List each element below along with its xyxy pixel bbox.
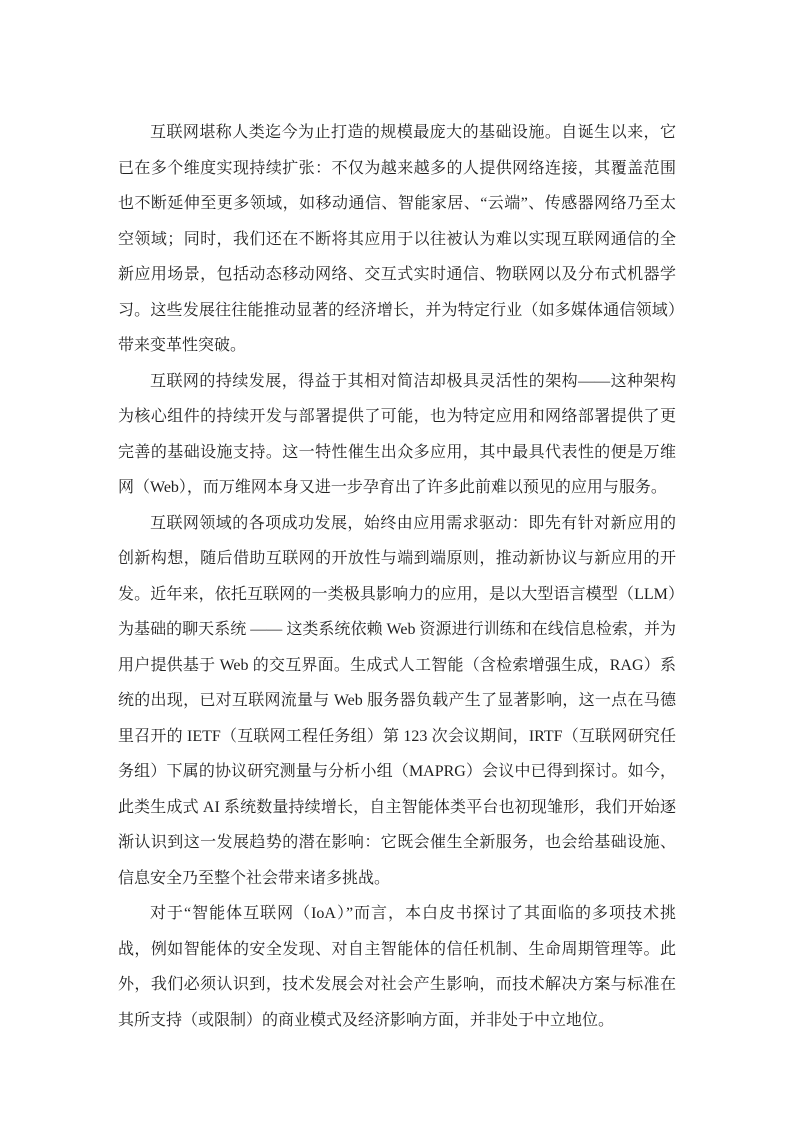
paragraph: 互联网领域的各项成功发展，始终由应用需求驱动：即先有针对新应用的创新构想，随后借… [118, 506, 676, 897]
document-page: 互联网堪称人类迄今为止打造的规模最庞大的基础设施。自诞生以来，它已在多个维度实现… [0, 0, 794, 1123]
paragraph: 对于“智能体互联网（IoA）”而言，本白皮书探讨了其面临的多项技术挑战，例如智能… [118, 896, 676, 1038]
paragraph: 互联网的持续发展，得益于其相对简洁却极具灵活性的架构——这种架构为核心组件的持续… [118, 364, 676, 506]
document-body-text: 互联网堪称人类迄今为止打造的规模最庞大的基础设施。自诞生以来，它已在多个维度实现… [118, 115, 676, 1038]
paragraph: 互联网堪称人类迄今为止打造的规模最庞大的基础设施。自诞生以来，它已在多个维度实现… [118, 115, 676, 364]
